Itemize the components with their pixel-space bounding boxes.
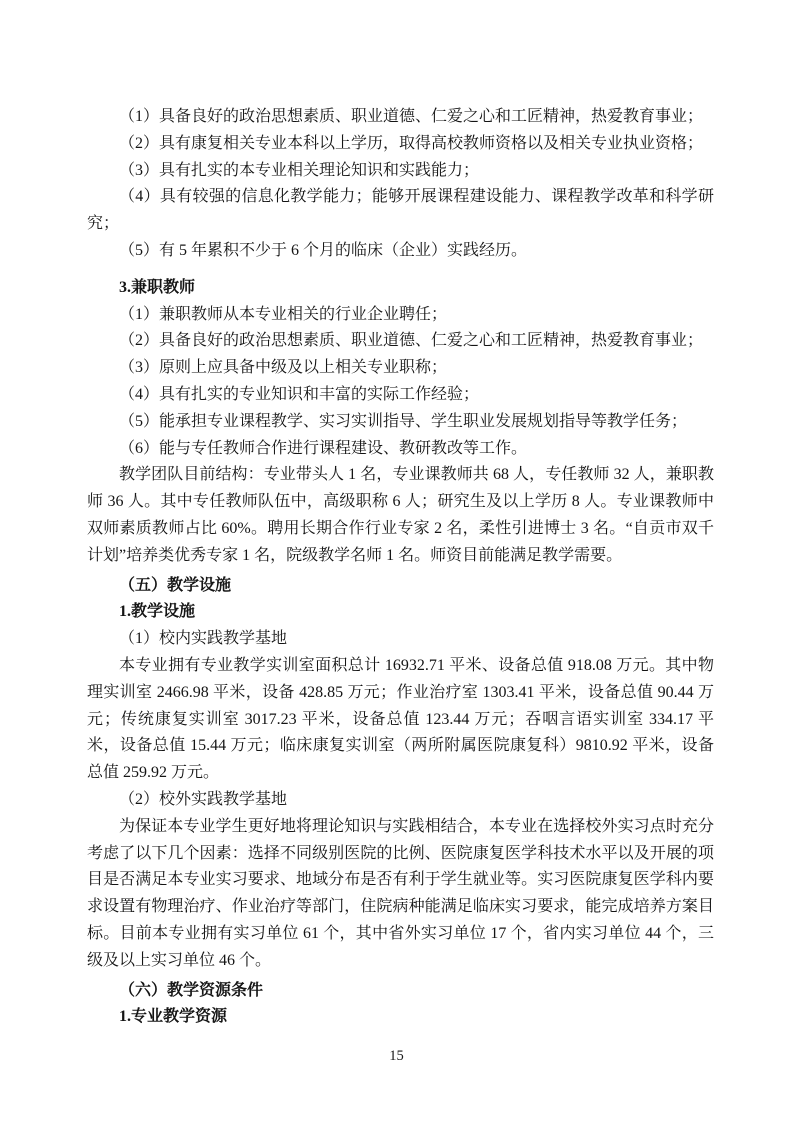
paragraph: （3）具有扎实的本专业相关理论知识和实践能力； (87, 158, 714, 185)
paragraph: （3）原则上应具备中级及以上相关专业职称； (87, 355, 714, 382)
paragraph: 为保证本专业学生更好地将理论知识与实践相结合，本专业在选择校外实习点时充分考虑了… (87, 814, 714, 975)
paragraph: （5）能承担专业课程教学、实习实训指导、学生职业发展规划指导等教学任务； (87, 409, 714, 436)
paragraph: 教学团队目前结构：专业带头人 1 名，专业课教师共 68 人，专任教师 32 人… (87, 462, 714, 569)
paragraph: （2）校外实践教学基地 (87, 787, 714, 814)
paragraph: （1）校内实践教学基地 (87, 626, 714, 653)
paragraph: （4）具有扎实的专业知识和丰富的实际工作经验； (87, 382, 714, 409)
document-page: （1）具备良好的政治思想素质、职业道德、仁爱之心和工匠精神，热爱教育事业；（2）… (0, 0, 793, 1122)
paragraph: （1）兼职教师从本专业相关的行业企业聘任； (87, 302, 714, 329)
section-heading: （五）教学设施 (87, 573, 714, 600)
section-heading: 1.专业教学资源 (87, 1004, 714, 1031)
paragraph: （1）具备良好的政治思想素质、职业道德、仁爱之心和工匠精神，热爱教育事业； (87, 104, 714, 131)
paragraph: （5）有 5 年累积不少于 6 个月的临床（企业）实践经历。 (87, 238, 714, 265)
section-heading: 3.兼职教师 (87, 275, 714, 302)
paragraph: （2）具备良好的政治思想素质、职业道德、仁爱之心和工匠精神，热爱教育事业； (87, 328, 714, 355)
paragraph: （4）具有较强的信息化教学能力；能够开展课程建设能力、课程教学改革和科学研究； (87, 184, 714, 238)
page-number: 15 (0, 1048, 793, 1065)
document-content: （1）具备良好的政治思想素质、职业道德、仁爱之心和工匠精神，热爱教育事业；（2）… (87, 104, 714, 1031)
paragraph: （2）具有康复相关专业本科以上学历，取得高校教师资格以及相关专业执业资格； (87, 131, 714, 158)
section-heading: （六）教学资源条件 (87, 978, 714, 1005)
paragraph: （6）能与专任教师合作进行课程建设、教研教改等工作。 (87, 436, 714, 463)
section-heading: 1.教学设施 (87, 599, 714, 626)
paragraph: 本专业拥有专业教学实训室面积总计 16932.71 平米、设备总值 918.08… (87, 653, 714, 787)
